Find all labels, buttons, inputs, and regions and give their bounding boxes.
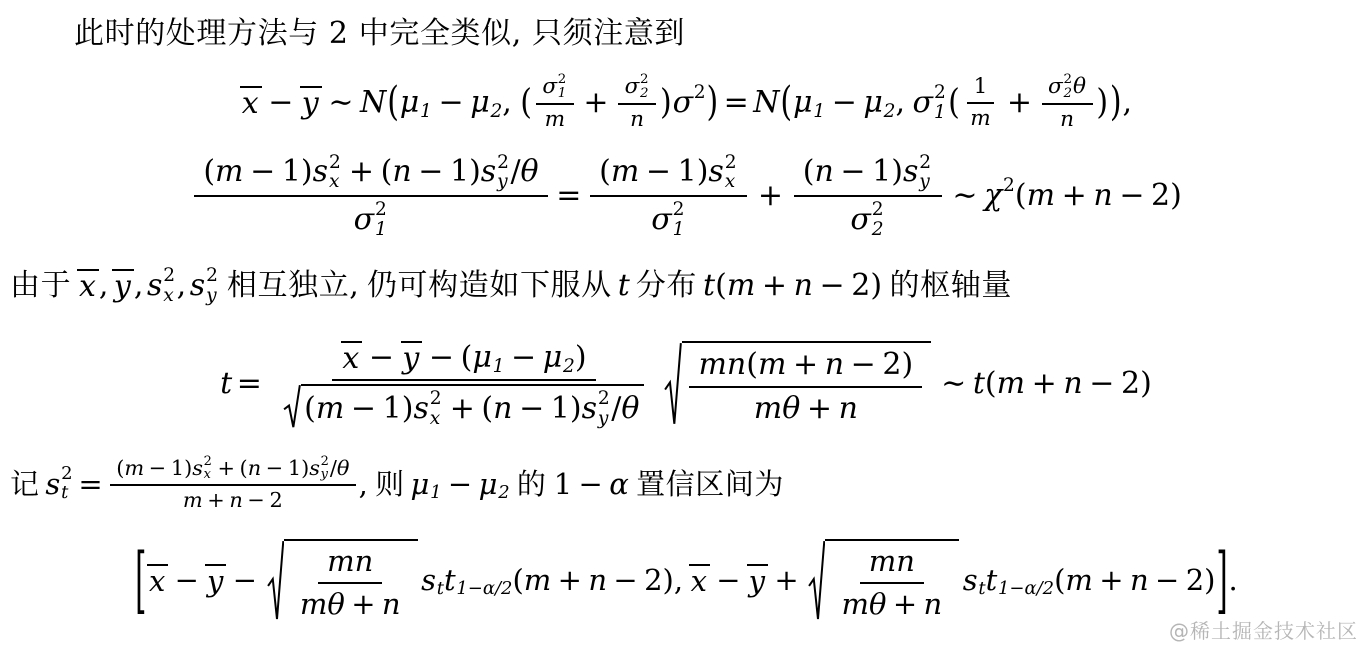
numerator: (m−1)s2x+(n−1)s2y/θ (110, 455, 356, 486)
superscript: 2 (725, 153, 737, 173)
math-text: , (134, 268, 144, 304)
math-variable: m (997, 366, 1025, 402)
math-operator: + (558, 563, 582, 598)
math-variable: t (973, 366, 985, 402)
fraction: σ21m (536, 73, 574, 133)
stretch-delimiter: ( (387, 79, 399, 128)
math-text: 1) (383, 391, 414, 427)
math-variable: n (248, 456, 261, 481)
superscript: 2 (694, 82, 706, 104)
math-variable: s (309, 456, 320, 481)
math-operator: − (351, 391, 376, 427)
math-variable: s (421, 563, 436, 598)
sub-sup-stack: 22 (1063, 73, 1072, 101)
math-variable: n (1063, 366, 1082, 402)
fraction: mnmθ+n (291, 544, 409, 621)
overline-variable: x (77, 269, 99, 303)
radical-sign-icon (808, 539, 825, 622)
math-operator: − (1119, 178, 1144, 214)
math-variable: σ (673, 85, 693, 121)
denominator: σ21 (345, 197, 398, 239)
math-operator: − (832, 85, 857, 121)
math-variable: m (758, 347, 786, 383)
math-text: = (724, 85, 749, 121)
sub-sup-stack: 22 (872, 200, 884, 239)
math-operator: + (450, 391, 475, 427)
math-text: 1) (551, 391, 582, 427)
denominator: mθ+n (291, 584, 409, 622)
math-text: 2) (1121, 366, 1152, 402)
math-text: 1 (974, 74, 988, 100)
document-page: 此时的处理方法与 2 中完全类似, 只须注意到 x−y∼N(μ1−μ2,(σ21… (0, 0, 1372, 634)
denominator: m (538, 105, 571, 133)
superscript: 2 (558, 73, 567, 87)
math-variable: n (588, 563, 607, 598)
math-operator: ∼ (952, 178, 977, 214)
math-variable: n (1060, 107, 1074, 133)
math-operator: − (438, 85, 463, 121)
fraction: σ22n (618, 73, 656, 133)
math-text: 1) (288, 456, 309, 481)
math-variable: m (316, 391, 344, 427)
math-operator: + (1062, 178, 1087, 214)
stretch-delimiter: ) (660, 82, 672, 123)
math-variable: σ (1048, 74, 1063, 100)
math-operator: − (448, 467, 472, 502)
math-variable: s (481, 154, 496, 190)
math-operator: − (716, 563, 740, 598)
sub-sup-stack: 22 (640, 73, 649, 101)
math-variable: t (220, 366, 232, 402)
paragraph-define-st: 记s2t=(m−1)s2x+(n−1)s2y/θm+n−2,则μ1−μ2的1−α… (10, 452, 1362, 516)
math-operator: − (851, 347, 876, 383)
math-text: ( (481, 391, 493, 427)
math-operator: − (247, 488, 265, 513)
sub-sup-stack: 2x (725, 153, 737, 192)
fraction: x−y−(μ1−μ2)(m−1)s2x+(n−1)s2y/θ (271, 340, 657, 429)
subscript: 2 (490, 101, 502, 123)
fraction: (m−1)s2x+(n−1)s2y/θm+n−2 (110, 455, 356, 513)
subscript: 1−α/2 (456, 578, 512, 600)
math-operator: ∼ (328, 85, 353, 121)
superscript: 2 (321, 455, 329, 469)
math-variable: t (618, 268, 630, 304)
math-variable: mn (327, 544, 373, 579)
math-text: 2) (644, 563, 674, 598)
text-run: 置信区间为 (636, 467, 784, 502)
math-variable: t (703, 268, 715, 304)
math-text: 1) (872, 154, 903, 190)
math-text: ( (746, 347, 758, 383)
superscript: 2 (673, 200, 685, 220)
text-run: 则 (375, 467, 405, 502)
math-operator: + (1032, 366, 1057, 402)
superscript: 2 (1063, 73, 1072, 87)
math-variable: θ (621, 391, 639, 427)
math-text: / (510, 154, 520, 190)
math-variable: n (1093, 178, 1112, 214)
math-text: ( (803, 154, 815, 190)
sub-sup-stack: 2y (321, 455, 329, 482)
math-variable: μ (793, 85, 813, 121)
overline-variable: x (341, 341, 363, 375)
math-text: 1) (450, 154, 481, 190)
math-variable: μ (479, 467, 498, 502)
subscript: x (430, 409, 441, 429)
math-text: , (177, 268, 187, 304)
superscript: 2 (375, 200, 387, 220)
radical-sign-icon (664, 341, 681, 427)
subscript: y (919, 172, 930, 192)
math-text: = (78, 467, 102, 502)
subscript: 1 (493, 356, 505, 378)
math-operator: − (250, 154, 275, 190)
subscript: 2 (1063, 87, 1072, 101)
math-variable: n (794, 268, 813, 304)
math-text: 2) (1151, 178, 1182, 214)
fraction: (m−1)s2xσ21 (590, 153, 747, 239)
math-variable: m (545, 107, 565, 133)
math-text: ) (575, 340, 587, 376)
math-operator: ∼ (941, 366, 966, 402)
math-operator: − (613, 563, 637, 598)
math-variable: σ (354, 202, 374, 238)
math-operator: − (149, 456, 167, 481)
math-variable: s (708, 154, 723, 190)
overline-variable: y (205, 564, 226, 596)
text-run: 分布 (636, 268, 697, 304)
math-operator: + (1007, 85, 1032, 121)
math-variable: s (147, 268, 162, 304)
math-variable: n (229, 488, 242, 513)
math-variable: mn (869, 544, 915, 579)
text-run: 的 (517, 467, 547, 502)
numerator: mn (860, 544, 924, 584)
sub-sup-stack: 2x (204, 455, 212, 482)
subscript: x (725, 172, 736, 192)
math-variable: σ (850, 202, 870, 238)
math-operator: + (207, 488, 225, 513)
math-variable: t (444, 563, 456, 598)
math-operator: − (820, 268, 845, 304)
math-text: 2) (851, 268, 882, 304)
subscript: x (163, 286, 174, 306)
math-text: = (556, 178, 581, 214)
superscript: 2 (640, 73, 649, 87)
math-text: ( (381, 154, 393, 190)
fraction: (m−1)s2x+(n−1)s2y/θσ21 (194, 153, 547, 239)
math-operator: − (268, 85, 293, 121)
superscript: 2 (497, 153, 509, 173)
subscript: 1 (375, 220, 387, 240)
subscript: 1 (813, 101, 825, 123)
math-text: ( (116, 456, 124, 481)
text-run: 相互独立, (227, 268, 360, 304)
math-variable: n (815, 154, 834, 190)
math-text: = (237, 366, 262, 402)
math-variable: m (727, 268, 755, 304)
text-run: 仍可构造如下服从 (367, 268, 612, 304)
math-variable: μ (400, 85, 420, 121)
math-operator: − (519, 391, 544, 427)
math-operator: + (351, 587, 375, 622)
superscript: 2 (1003, 175, 1015, 197)
stretch-delimiter: ( (948, 82, 960, 123)
fraction: (n−1)s2yσ22 (794, 153, 942, 239)
subscript: x (329, 172, 340, 192)
stretch-delimiter: ) (707, 79, 719, 128)
square-root: (m−1)s2x+(n−1)s2y/θ (283, 384, 644, 429)
math-text: / (611, 391, 621, 427)
superscript: 2 (206, 266, 218, 286)
math-operator: − (429, 340, 454, 376)
math-text: ( (599, 154, 611, 190)
sub-sup-stack: 2y (206, 266, 218, 305)
stretch-delimiter: ( (520, 82, 532, 123)
watermark: @稀土掘金技术社区 (1169, 615, 1358, 644)
superscript: 2 (329, 153, 341, 173)
subscript: 1 (420, 101, 432, 123)
math-operator: − (1155, 563, 1179, 598)
math-variable: m (611, 154, 639, 190)
sub-sup-stack: 2x (329, 153, 341, 192)
math-operator: + (762, 268, 787, 304)
math-variable: s (45, 467, 60, 502)
math-operator: − (369, 340, 394, 376)
numerator: 1 (967, 74, 994, 104)
math-text: ( (304, 391, 316, 427)
stretch-delimiter: ] (1216, 536, 1227, 623)
math-variable: μ (863, 85, 883, 121)
math-operator: + (217, 456, 235, 481)
superscript: 2 (934, 83, 946, 103)
math-text: , (502, 85, 512, 121)
math-variable: θ (1073, 74, 1086, 100)
intro-text: 此时的处理方法与 2 中完全类似, 只须注意到 (74, 16, 685, 52)
math-variable: n (392, 154, 411, 190)
sub-sup-stack: 2y (598, 389, 610, 428)
math-variable: N (753, 85, 779, 121)
stretch-delimiter: ) (1096, 82, 1108, 123)
math-variable: n (924, 587, 943, 622)
numerator: σ22θ (1042, 73, 1093, 105)
superscript: 2 (872, 200, 884, 220)
overline-variable: x (147, 564, 168, 596)
subscript: y (598, 409, 609, 429)
superscript: 2 (430, 389, 442, 409)
radicand: (m−1)s2x+(n−1)s2y/θ (301, 384, 644, 429)
math-text: ( (512, 563, 523, 598)
subscript: 2 (563, 356, 575, 378)
radical-sign-icon (267, 539, 284, 622)
superscript: 2 (204, 455, 212, 469)
math-operator: − (646, 154, 671, 190)
numerator: σ21 (536, 73, 574, 105)
fraction: mn(m+n−2)mθ+n (689, 347, 922, 427)
math-variable: m (524, 563, 552, 598)
square-root: mnmθ+n (267, 539, 418, 622)
math-text: 1) (171, 456, 192, 481)
math-variable: N (360, 85, 386, 121)
subscript: t (978, 578, 985, 600)
math-text: ( (985, 366, 997, 402)
superscript: 2 (919, 153, 931, 173)
math-operator: + (793, 347, 818, 383)
math-operator: + (583, 85, 608, 121)
subscript: 2 (640, 87, 649, 101)
overline-variable: x (240, 86, 262, 120)
square-root: mnmθ+n (808, 539, 959, 622)
equation-normal-distribution: x−y∼N(μ1−μ2,(σ21m+σ22n)σ2)=N(μ1−μ2,σ21(1… (10, 70, 1362, 136)
radicand: mnmθ+n (284, 539, 418, 622)
math-variable: mθ (842, 587, 887, 622)
overline-variable: y (401, 341, 423, 375)
math-operator: − (266, 456, 284, 481)
paragraph-independence: 由于x,y,s2x,s2y相互独立,仍可构造如下服从t分布t(m+n−2)的枢轴… (10, 260, 1362, 312)
math-text: , (674, 563, 683, 598)
math-variable: s (413, 391, 428, 427)
denominator: σ22 (841, 197, 894, 239)
stretch-delimiter: ) (1110, 79, 1122, 128)
subscript: y (321, 468, 328, 482)
stretch-delimiter: ( (780, 79, 792, 128)
subscript: y (497, 172, 508, 192)
math-text: , (359, 467, 368, 502)
math-operator: + (774, 563, 798, 598)
subscript: 2 (498, 482, 509, 504)
fraction: 1m (964, 74, 997, 132)
equation-chi-square-sum: (m−1)s2x+(n−1)s2y/θσ21=(m−1)s2xσ21+(n−1)… (10, 150, 1362, 242)
denominator: σ21 (642, 197, 695, 239)
denominator: (m−1)s2x+(n−1)s2y/θ (271, 381, 657, 429)
math-operator: + (758, 178, 783, 214)
sub-sup-stack: 21 (375, 200, 387, 239)
math-variable: n (382, 587, 401, 622)
math-variable: s (582, 391, 597, 427)
math-operator: − (233, 563, 257, 598)
math-variable: n (825, 347, 844, 383)
fraction: mnmθ+n (833, 544, 951, 621)
subscript: 1 (673, 220, 685, 240)
math-variable: μ (543, 340, 563, 376)
math-variable: t (986, 563, 998, 598)
math-variable: m (183, 488, 203, 513)
math-text: 2 (269, 488, 282, 513)
math-text: , (99, 268, 109, 304)
math-variable: m (124, 456, 144, 481)
math-text: , (896, 85, 906, 121)
math-operator: − (1089, 366, 1114, 402)
sub-sup-stack: 21 (673, 200, 685, 239)
math-variable: n (1130, 563, 1149, 598)
numerator: x−y−(μ1−μ2) (332, 340, 596, 381)
superscript: 2 (163, 266, 175, 286)
subscript: x (204, 468, 211, 482)
equation-t-pivot: t=x−y−(μ1−μ2)(m−1)s2x+(n−1)s2y/θmn(m+n−2… (10, 328, 1362, 440)
numerator: σ22 (618, 73, 656, 105)
numerator: mn (318, 544, 382, 584)
fraction: σ22θn (1042, 73, 1093, 133)
math-text: ( (240, 456, 248, 481)
subscript: 1−α/2 (998, 578, 1054, 600)
math-text: ( (715, 268, 727, 304)
math-text: ( (461, 340, 473, 376)
numerator: (n−1)s2y (794, 153, 942, 197)
sub-sup-stack: 21 (558, 73, 567, 101)
math-variable: n (839, 391, 858, 427)
math-variable: s (313, 154, 328, 190)
math-variable: m (1027, 178, 1055, 214)
text-run: 的枢轴量 (890, 268, 1012, 304)
math-text: 1 (554, 467, 572, 502)
denominator: n (1054, 105, 1081, 133)
math-variable: s (903, 154, 918, 190)
math-operator: − (175, 563, 199, 598)
math-text: 1) (282, 154, 313, 190)
math-variable: μ (470, 85, 490, 121)
numerator: mn(m+n−2) (689, 347, 922, 388)
math-text: ( (203, 154, 215, 190)
subscript: 1 (934, 103, 946, 123)
superscript: 2 (598, 389, 610, 409)
sub-sup-stack: 21 (934, 83, 946, 122)
math-operator: + (1099, 563, 1123, 598)
subscript: y (206, 286, 217, 306)
text-run: 由于 (10, 268, 71, 304)
math-variable: m (970, 106, 990, 132)
math-variable: σ (913, 85, 933, 121)
subscript: 2 (872, 220, 884, 240)
math-operator: + (349, 154, 374, 190)
math-text: 2) (882, 347, 913, 383)
denominator: mθ+n (745, 388, 867, 427)
math-operator: − (511, 340, 536, 376)
math-variable: mθ (754, 391, 801, 427)
math-variable: α (609, 467, 629, 502)
sub-sup-stack: 2t (61, 465, 72, 503)
radical-sign-icon (283, 384, 300, 429)
math-variable: m (1065, 563, 1093, 598)
math-variable: μ (472, 340, 492, 376)
math-operator: − (579, 467, 603, 502)
math-operator: − (418, 154, 443, 190)
math-text: / (330, 456, 337, 481)
numerator: (m−1)s2x (590, 153, 747, 197)
math-operator: − (840, 154, 865, 190)
equation-confidence-interval: [x−y−mnmθ+nstt1−α/2(m+n−2),x−y+mnmθ+nstt… (10, 526, 1362, 634)
math-variable: s (192, 456, 203, 481)
denominator: mθ+n (833, 584, 951, 622)
sub-sup-stack: 2x (430, 389, 442, 428)
numerator: (m−1)s2x+(n−1)s2y/θ (194, 153, 547, 197)
radicand: mnmθ+n (825, 539, 959, 622)
sub-sup-stack: 2y (497, 153, 509, 192)
sub-sup-stack: 2y (919, 153, 931, 192)
math-text: 2) (1186, 563, 1216, 598)
denominator: m+n−2 (177, 486, 289, 513)
overline-variable: y (300, 86, 322, 120)
math-text: ( (1015, 178, 1027, 214)
math-operator: + (893, 587, 917, 622)
denominator: n (624, 105, 651, 133)
math-text: 1) (678, 154, 709, 190)
math-variable: χ (984, 178, 1002, 214)
math-variable: s (190, 268, 205, 304)
math-text: , (1123, 85, 1133, 121)
subscript: t (61, 484, 68, 503)
math-variable: θ (521, 154, 539, 190)
math-variable: s (963, 563, 978, 598)
